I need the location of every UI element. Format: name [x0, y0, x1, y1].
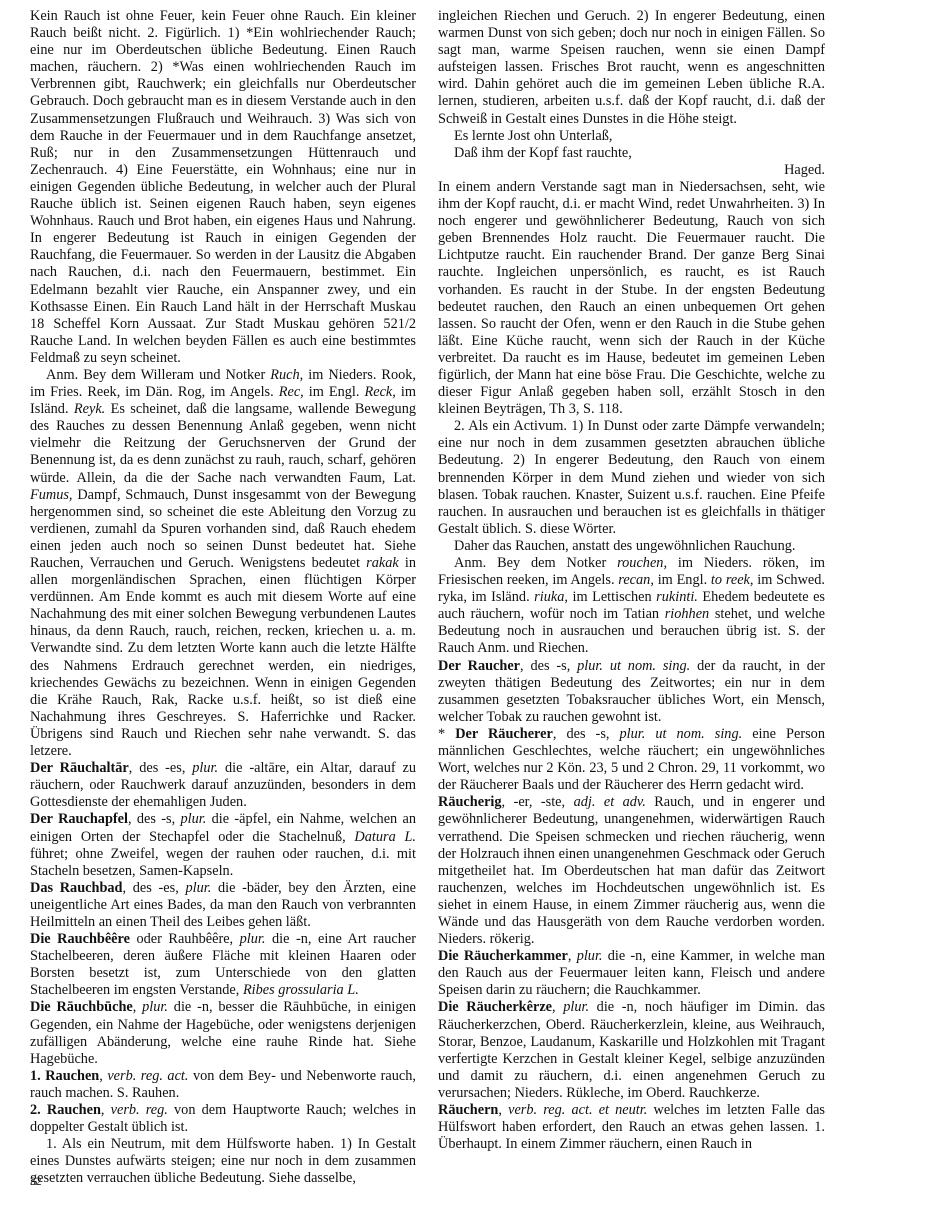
entry-headword: Räucherig [438, 794, 502, 810]
dictionary-entry: Das Rauchbad, des -es, plur. die -bäder,… [30, 880, 416, 931]
entry-headword: Die Räucherkêrze [438, 999, 552, 1015]
italic-term: Datura L. [354, 829, 416, 845]
italic-term: plur. [192, 760, 218, 776]
paragraph: ingleichen Riechen und Geruch. 2) In eng… [438, 8, 825, 128]
text-run: in allen morgenländischen Sprachen, eine… [30, 555, 416, 759]
text-run: Rauch, und in engerer und gewöhnlicherer… [438, 794, 825, 947]
italic-term: recan, [618, 572, 654, 588]
text-run: oder Rauhbêêre, [130, 931, 240, 947]
entry-headword: Die Räucherkammer [438, 948, 568, 964]
verse-line: Es lernte Jost ohn Unterlaß, [454, 128, 825, 145]
dictionary-entry: Die Räucherkammer, plur. die -n, eine Ka… [438, 948, 825, 999]
italic-term: Ruch, [270, 367, 303, 383]
entry-headword: Der Räucherer [455, 726, 553, 742]
quote-source: Haged. [438, 162, 825, 179]
right-column: ingleichen Riechen und Geruch. 2) In eng… [438, 8, 825, 1153]
italic-term: verb. reg. act. [107, 1068, 188, 1084]
italic-term: plur. [577, 948, 603, 964]
entry-headword: 1. Rauchen [30, 1068, 99, 1084]
text-run: , des -s, [128, 811, 180, 827]
italic-term: plur. [563, 999, 589, 1015]
text-run: 1. Als ein Neutrum, mit dem Hülfsworte h… [30, 1136, 416, 1186]
verse-line: Daß ihm der Kopf fast rauchte, [454, 145, 825, 162]
dictionary-entry: Der Raucher, des -s, plur. ut nom. sing.… [438, 658, 825, 726]
italic-term: riohhen [665, 606, 709, 622]
dictionary-entry: Die Rauchbêêre oder Rauhbêêre, plur. die… [30, 931, 416, 999]
text-run: , [133, 999, 142, 1015]
text-run: 2. Als ein Activum. 1) In Dunst oder zar… [438, 418, 825, 537]
page-number: 32 [30, 1176, 42, 1188]
text-run: , des -es, [129, 760, 193, 776]
italic-term: plur. ut nom. sing. [620, 726, 743, 742]
paragraph: 1. Als ein Neutrum, mit dem Hülfsworte h… [30, 1136, 416, 1187]
italic-term: rukinti. [656, 589, 698, 605]
italic-term: rakak [366, 555, 399, 571]
text-run: im Lettischen [568, 589, 656, 605]
italic-term: plur. [142, 999, 168, 1015]
entry-headword: Der Rāuchaltār [30, 760, 129, 776]
text-run: Dampf, Schmauch, Dunst insgesammt von de… [30, 487, 416, 571]
italic-term: Rec, [279, 384, 304, 400]
text-run: Daher das Rauchen, anstatt des ungewöhnl… [454, 538, 795, 554]
entry-headword: Räuchern [438, 1102, 498, 1118]
text-run: , -er, -ste, [502, 794, 574, 810]
text-run: In einem andern Verstande sagt man in Ni… [438, 179, 825, 417]
dictionary-entry: Die Rāuchbūche, plur. die -n, besser die… [30, 999, 416, 1067]
dictionary-entry: 2. Rauchen, verb. reg. von dem Hauptwort… [30, 1102, 416, 1136]
italic-term: verb. reg. [111, 1102, 168, 1118]
entry-headword: 2. Rauchen [30, 1102, 101, 1118]
text-run: , [552, 999, 563, 1015]
dictionary-entry: Der Rāuchaltār, des -es, plur. die -altā… [30, 760, 416, 811]
text-run: ingleichen Riechen und Geruch. 2) In eng… [438, 8, 825, 127]
dictionary-entry: * Der Räucherer, des -s, plur. ut nom. s… [438, 726, 825, 794]
dictionary-entry: Räucherig, -er, -ste, adj. et adv. Rauch… [438, 794, 825, 948]
paragraph: Anm. Bey dem Willeram und Notker Ruch, i… [30, 367, 416, 760]
italic-term: Fumus, [30, 487, 73, 503]
text-run: Anm. Bey dem Willeram und Notker [46, 367, 270, 383]
italic-term: riuka, [534, 589, 568, 605]
verse-quote: Es lernte Jost ohn Unterlaß,Daß ihm der … [438, 128, 825, 162]
paragraph: Daher das Rauchen, anstatt des ungewöhnl… [438, 538, 825, 555]
text-run: , des -s, [553, 726, 620, 742]
entry-headword: Die Rauchbêêre [30, 931, 130, 947]
italic-term: adj. et adv. [574, 794, 646, 810]
italic-term: rouchen, [617, 555, 667, 571]
text-run: , des -s, [520, 658, 577, 674]
entry-headword: Der Raucher [438, 658, 520, 674]
entry-headword: Der Rauchapfel [30, 811, 128, 827]
italic-term: to reek, [711, 572, 754, 588]
entry-headword: Das Rauchbad [30, 880, 123, 896]
entry-prefix: * [438, 726, 455, 742]
italic-term: Ribes grossularia L. [243, 982, 359, 998]
paragraph: Anm. Bey dem Notker rouchen, im Nieders.… [438, 555, 825, 658]
left-column: Kein Rauch ist ohne Feuer, kein Feuer oh… [30, 8, 416, 1187]
text-run: im Engl. [304, 384, 365, 400]
italic-term: plur. [185, 880, 211, 896]
text-run: , [568, 948, 577, 964]
dictionary-entry: Die Räucherkêrze, plur. die -n, noch häu… [438, 999, 825, 1102]
text-run: Kein Rauch ist ohne Feuer, kein Feuer oh… [30, 8, 416, 366]
text-run: , [498, 1102, 508, 1118]
text-run: im Engl. [654, 572, 711, 588]
italic-term: Reck, [365, 384, 396, 400]
italic-term: plur. [240, 931, 266, 947]
text-run: führet; ohne Zweifel, wegen der rauhen o… [30, 846, 416, 879]
dictionary-entry: Der Rauchapfel, des -s, plur. die -äpfel… [30, 811, 416, 879]
italic-term: Reyk. [74, 401, 105, 417]
text-run: , des -es, [123, 880, 186, 896]
text-run: , [101, 1102, 111, 1118]
dictionary-entry: Räuchern, verb. reg. act. et neutr. welc… [438, 1102, 825, 1153]
paragraph: Kein Rauch ist ohne Feuer, kein Feuer oh… [30, 8, 416, 367]
text-run: Anm. Bey dem Notker [454, 555, 617, 571]
dictionary-entry: 1. Rauchen, verb. reg. act. von dem Bey-… [30, 1068, 416, 1102]
italic-term: plur. [180, 811, 206, 827]
paragraph: 2. Als ein Activum. 1) In Dunst oder zar… [438, 418, 825, 538]
paragraph: In einem andern Verstande sagt man in Ni… [438, 179, 825, 418]
entry-headword: Die Rāuchbūche [30, 999, 133, 1015]
italic-term: plur. ut nom. sing. [577, 658, 690, 674]
italic-term: verb. reg. act. et neutr. [508, 1102, 647, 1118]
